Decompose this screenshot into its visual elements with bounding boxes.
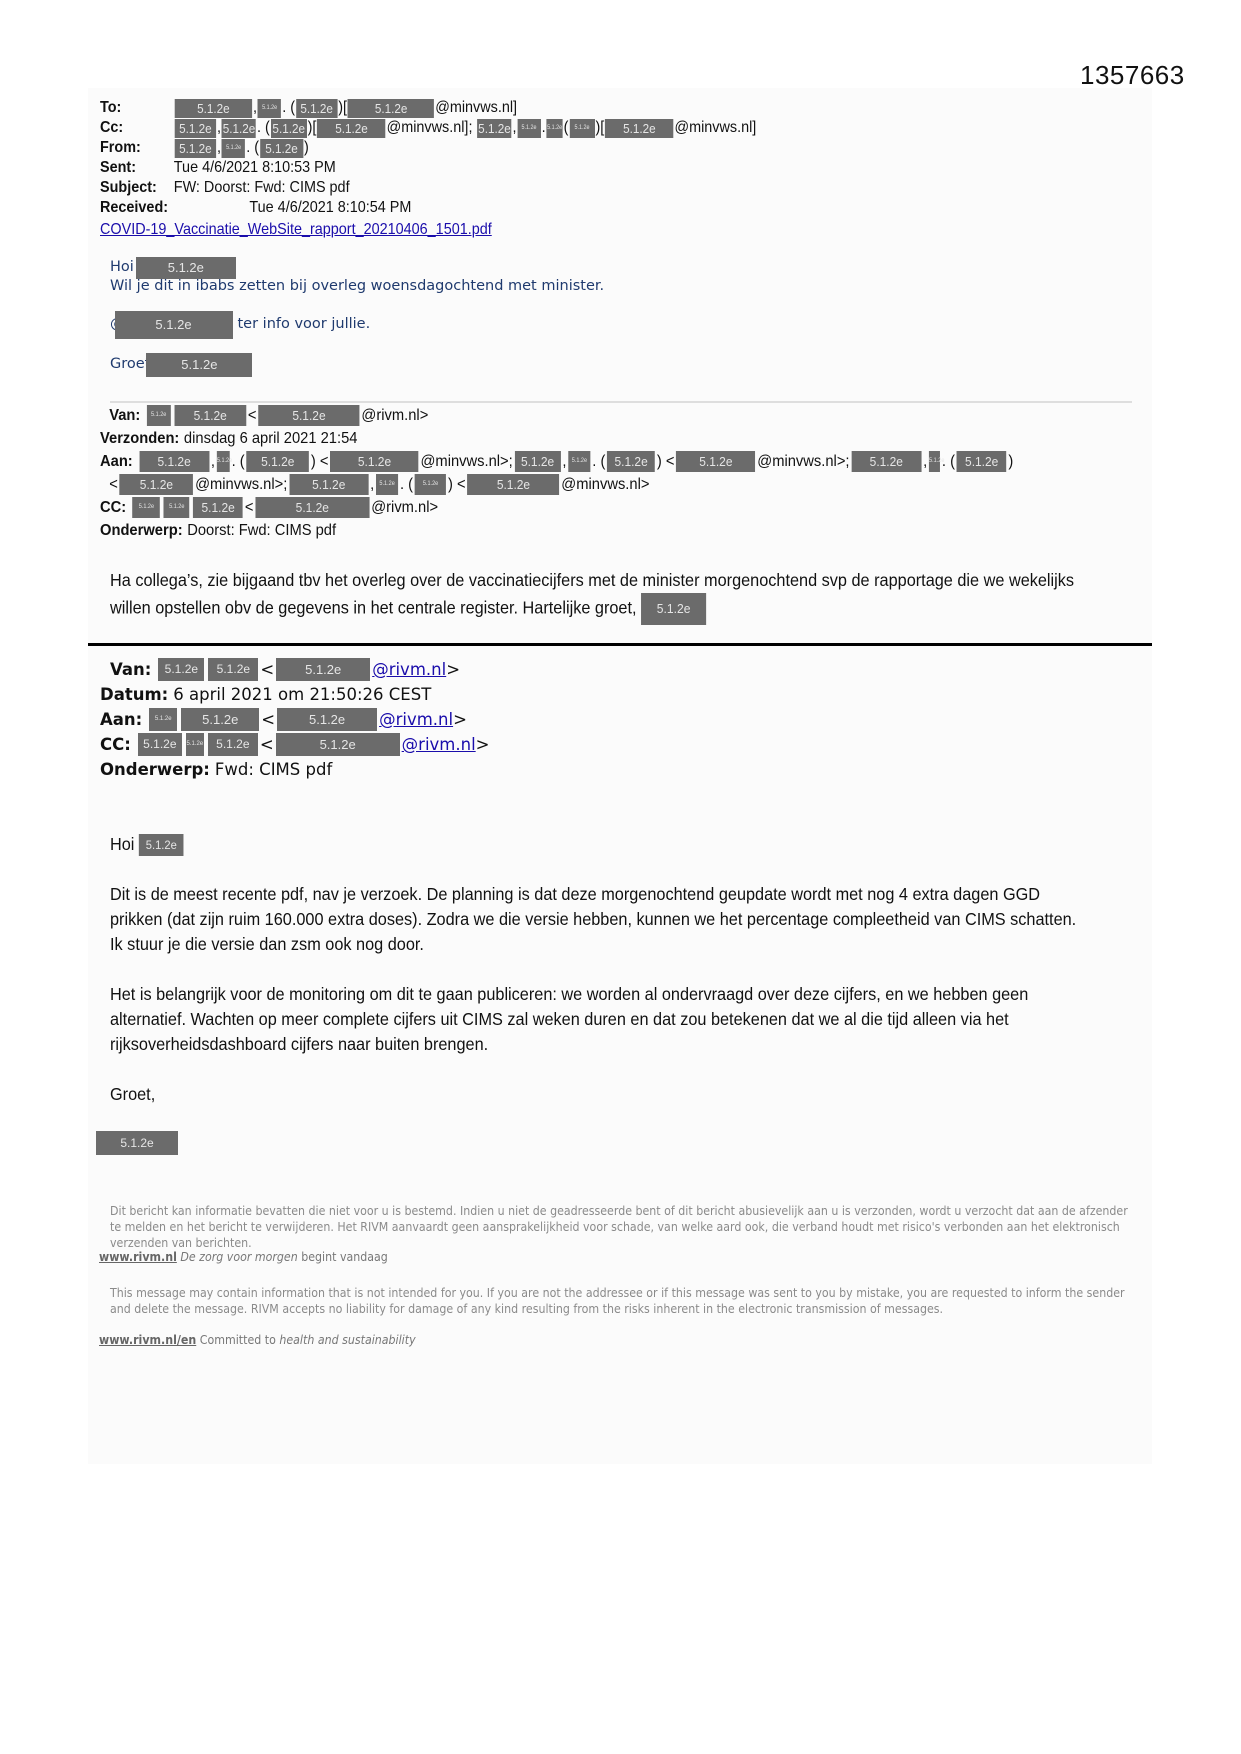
redaction: 5.1.2e [147,405,171,426]
redaction: 5.1.2e [517,119,540,138]
message3-body: Hoi 5.1.2e Dit is de meest recente pdf, … [110,832,1077,1132]
date-value: 6 april 2021 om 21:50:26 CEST [173,682,431,707]
redaction: 5.1.2e [376,474,398,495]
redaction: 5.1.2e [175,99,252,118]
body-text: Ha collega’s, zie bijgaand tbv het overl… [110,570,1074,618]
redaction: 5.1.2e [477,119,511,138]
redaction: 5.1.2e [289,474,368,495]
message3-header: Van: 5.1.2e 5.1.2e <5.1.2e@rivm.nl> Datu… [100,657,489,782]
redaction: 5.1.2e [258,99,281,118]
from-email-link[interactable]: @rivm.nl [372,657,446,682]
redaction: 5.1.2e [208,658,258,681]
redaction: 5.1.2e [568,451,590,472]
tagline-rest: begint vandaag [301,1250,388,1264]
sent-label: Verzonden: [100,427,179,450]
tagline-italic: De zorg voor morgen [180,1250,297,1264]
redaction: 5.1.2e [271,119,307,138]
disclaimer-en: This message may contain information tha… [110,1285,1131,1317]
cc-domain: @minvws.nl]; [387,118,473,138]
redaction: 5.1.2e [158,658,204,681]
redaction: 5.1.2e [120,474,194,495]
redaction: 5.1.2e [222,139,245,158]
redaction: 5.1.2e [246,451,309,472]
rivm-signature-en: www.rivm.nl/en Committed to health and s… [99,1333,416,1347]
message-divider [88,643,1152,646]
redaction: 5.1.2e [641,593,706,625]
redaction: 5.1.2e [138,733,182,756]
redaction: 5.1.2e [277,708,377,731]
cc-row: Cc: 5.1.2e, 5.1.2e. (5.1.2e)[ 5.1.2e @mi… [100,118,756,138]
to-domain: @minvws.nl>; [757,450,849,473]
received-value: Tue 4/6/2021 8:10:54 PM [249,198,411,218]
reply-line-2: ter info voor jullie. [238,315,371,334]
received-label: Received: [100,198,249,218]
tagline-italic: health and sustainability [279,1333,415,1347]
redaction: 5.1.2e [330,451,418,472]
cc-label: CC: [100,496,126,519]
redaction: 5.1.2e [175,119,216,138]
redaction: 5.1.2e [348,99,434,118]
subject-label: Onderwerp: [100,519,183,542]
subject-label: Onderwerp: [100,757,210,782]
redaction: 5.1.2e [296,99,337,118]
greeting: Hoi [110,258,134,277]
date-label: Datum: [100,682,168,707]
redaction: 5.1.2e [276,733,400,756]
outlook-header: To: 5.1.2e, 5.1.2e. (5.1.2e)[ 5.1.2e @mi… [100,98,756,218]
redaction: 5.1.2e [193,497,243,518]
from-domain: @rivm.nl> [361,404,428,427]
signature-redaction: 5.1.2e [96,1131,178,1155]
received-row: Received: Tue 4/6/2021 8:10:54 PM [100,198,756,218]
message2-header: Van: 5.1.2e 5.1.2e <5.1.2e @rivm.nl> Ver… [100,404,1013,542]
redaction: 5.1.2e [260,139,303,158]
cc-domain: @minvws.nl] [674,118,756,138]
redaction: 5.1.2e [317,119,385,138]
to-label: Aan: [100,707,142,732]
redaction: 5.1.2e [136,257,236,279]
redaction: 5.1.2e [208,733,258,756]
closing: Groet, [110,1082,1077,1107]
closing: Groet [110,355,150,374]
from-label: From: [100,138,174,158]
redaction: 5.1.2e [146,353,252,377]
from-label: Van: [109,404,140,427]
redaction: 5.1.2e [547,119,563,138]
redaction: 5.1.2e [186,733,204,756]
cc-label: CC: [100,732,131,757]
message2-body: Ha collega’s, zie bijgaand tbv het overl… [110,568,1077,625]
from-row: From: 5.1.2e, 5.1.2e. (5.1.2e) [100,138,756,158]
to-label: Aan: [100,450,133,473]
reply-message: Hoi 5.1.2e Wil je dit in ibabs zetten bi… [110,258,604,374]
redaction: 5.1.2e [175,139,216,158]
to-row: To: 5.1.2e, 5.1.2e. (5.1.2e)[ 5.1.2e @mi… [100,98,756,118]
subject-label: Subject: [100,178,174,198]
redaction: 5.1.2e [415,474,446,495]
redaction: 5.1.2e [467,474,559,495]
from-label: Van: [110,657,151,682]
separator [110,401,1132,403]
greeting: Hoi [110,834,134,854]
reply-line-1: Wil je dit in ibabs zetten bij overleg w… [110,277,604,296]
redaction: 5.1.2e [676,451,755,472]
disclaimer-nl: Dit bericht kan informatie bevatten die … [110,1203,1131,1251]
redaction: 5.1.2e [605,119,673,138]
sent-value: dinsdag 6 april 2021 21:54 [184,427,358,450]
subject-value: Doorst: Fwd: CIMS pdf [187,519,336,542]
redaction: 5.1.2e [607,451,655,472]
to-domain: @minvws.nl>; [420,450,512,473]
redaction: 5.1.2e [217,451,230,472]
redaction: 5.1.2e [515,451,561,472]
redaction: 5.1.2e [258,405,359,426]
sent-value: Tue 4/6/2021 8:10:53 PM [174,158,336,178]
rivm-signature-nl: www.rivm.nl De zorg voor morgen begint v… [99,1250,388,1264]
redaction: 5.1.2e [851,451,921,472]
redaction: 5.1.2e [133,497,161,518]
rivm-link[interactable]: www.rivm.nl [99,1250,177,1264]
redaction: 5.1.2e [957,451,1007,472]
subject-value: Fwd: CIMS pdf [215,757,332,782]
redaction: 5.1.2e [276,658,370,681]
sent-label: Sent: [100,158,174,178]
to-domain: @minvws.nl> [561,473,649,496]
cc-label: Cc: [100,118,174,138]
redaction: 5.1.2e [115,311,233,339]
subject-row: Subject: FW: Doorst: Fwd: CIMS pdf [100,178,756,198]
paragraph-2: Het is belangrijk voor de monitoring om … [110,982,1077,1057]
to-domain: @minvws.nl>; [195,473,287,496]
to-domain: @minvws.nl] [435,98,517,118]
redaction: 5.1.2e [174,405,246,426]
redaction: 5.1.2e [569,119,594,138]
tagline-rest: Committed to [200,1333,276,1347]
to-email-link[interactable]: @rivm.nl [379,707,453,732]
cc-domain: @rivm.nl> [371,496,438,519]
sent-row: Sent: Tue 4/6/2021 8:10:53 PM [100,158,756,178]
paragraph-1: Dit is de meest recente pdf, nav je verz… [110,882,1077,957]
redaction: 5.1.2e [139,451,209,472]
redaction: 5.1.2e [222,119,256,138]
rivm-en-link[interactable]: www.rivm.nl/en [99,1333,196,1347]
redaction: 5.1.2e [181,708,259,731]
document-number: 1357663 [1080,60,1185,91]
redaction: 5.1.2e [149,708,177,731]
cc-email-link[interactable]: @rivm.nl [402,732,476,757]
attachment-link[interactable]: COVID-19_Vaccinatie_WebSite_rapport_2021… [100,221,492,239]
redaction: 5.1.2e [164,497,190,518]
subject-value: FW: Doorst: Fwd: CIMS pdf [174,178,350,198]
redaction: 5.1.2e [139,834,184,856]
redaction: 5.1.2e [255,497,369,518]
redaction: 5.1.2e [929,451,940,472]
to-label: To: [100,98,174,118]
